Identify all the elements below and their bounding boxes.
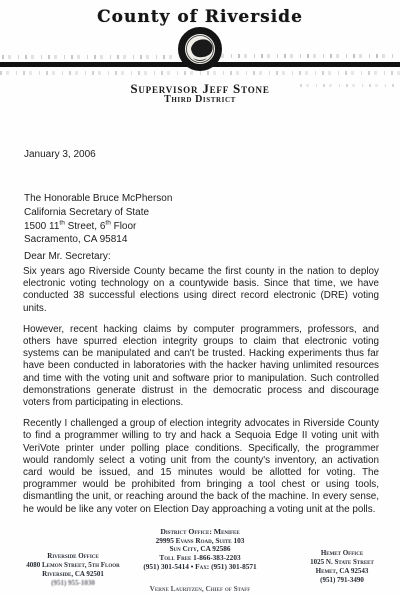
- paragraph-2: However, recent hacking claims by comput…: [23, 324, 379, 409]
- riverside-office-block: Riverside Office 4080 Lemon Street, 5th …: [6, 552, 140, 588]
- chief-of-staff-line: Verne Lauritzen, Chief of Staff: [100, 584, 300, 593]
- recipient-city: Sacramento, CA 95814: [24, 233, 172, 247]
- recipient-address-block: The Honorable Bruce McPherson California…: [24, 192, 172, 247]
- paragraph-3: Recently I challenged a group of electio…: [23, 418, 379, 516]
- riverside-office-title: Riverside Office: [6, 552, 140, 561]
- riverside-office-address: 4080 Lemon Street, 5th Floor: [6, 561, 140, 570]
- hemet-office-title: Hemet Office: [286, 549, 398, 558]
- county-seal-icon: [178, 27, 222, 71]
- letter-paragraphs: Six years ago Riverside County became th…: [23, 266, 379, 525]
- recipient-street: 1500 11th Street, 6th Floor: [24, 220, 172, 234]
- scan-noise: [300, 84, 395, 87]
- recipient-title: California Secretary of State: [24, 206, 172, 220]
- salutation: Dear Mr. Secretary:: [24, 251, 111, 263]
- hemet-office-address: 1025 N. State Street: [286, 558, 398, 567]
- hemet-office-phone: (951) 791-3490: [286, 576, 398, 585]
- riverside-office-city: Riverside, CA 92501: [6, 570, 140, 579]
- county-title: County of Riverside: [0, 7, 400, 27]
- scan-noise: [0, 71, 400, 75]
- scan-noise: [215, 54, 398, 58]
- letter-page: County of Riverside Supervisor Jeff Ston…: [0, 0, 400, 594]
- recipient-name: The Honorable Bruce McPherson: [24, 192, 172, 206]
- hemet-office-city: Hemet, CA 92543: [286, 567, 398, 576]
- scan-noise: [2, 55, 172, 59]
- paragraph-1: Six years ago Riverside County became th…: [23, 266, 379, 315]
- district-name: Third District: [0, 94, 400, 105]
- hemet-office-block: Hemet Office 1025 N. State Street Hemet,…: [286, 549, 398, 585]
- letter-date: January 3, 2006: [24, 149, 96, 161]
